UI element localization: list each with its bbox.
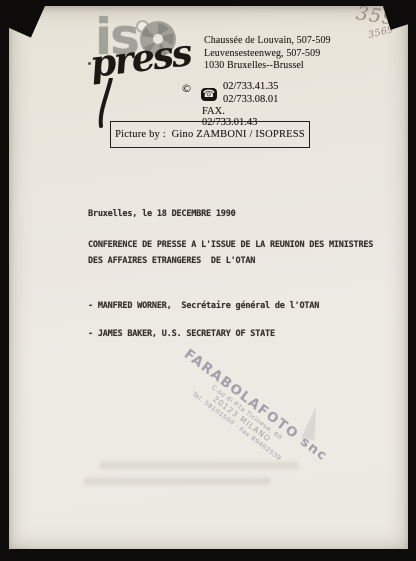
scan-corner-shadow: [9, 6, 47, 38]
ink-speck: [88, 62, 91, 65]
stamp-smudge: [301, 405, 323, 441]
headline-line1: CONFERENCE DE PRESSE A L'ISSUE DE LA REU…: [88, 240, 373, 250]
phone-numbers: 02/733.41.35 02/733.08.01: [223, 80, 278, 106]
telephone-icon: ☎: [201, 88, 217, 101]
list-item: - JAMES BAKER, U.S. SECRETARY OF STATE: [88, 329, 275, 339]
headline-line2: DES AFFAIRES ETRANGERES DE L'OTAN: [88, 256, 255, 266]
scanned-press-card: { "letterhead": { "logo": { "iso_text": …: [0, 0, 416, 561]
copyright-symbol: ©: [181, 82, 192, 95]
address-block: Chaussée de Louvain, 507-509 Leuvenseste…: [204, 35, 331, 73]
stamp-line: C.so di P.ta Ticinese, 60: [177, 358, 318, 467]
scan-frame: is press © Chaussée de Louvain, 507-509 …: [0, 0, 416, 561]
credit-label: Picture by : Gino ZAMBONI / ISOPRESS: [115, 129, 305, 140]
phone-number: 02/733.41.35: [223, 80, 278, 93]
phone-number: 02/733.08.01: [223, 93, 278, 106]
bleed-through-text: [85, 478, 270, 485]
address-line: Leuvensesteenweg, 507-509: [204, 48, 331, 61]
farabolafoto-stamp: FARABOLAFOTO snc C.so di P.ta Ticinese, …: [166, 347, 326, 481]
address-line: 1030 Bruxelles--Brussel: [204, 60, 331, 73]
bleed-through-text: [100, 462, 298, 469]
dateline: Bruxelles, le 18 DECEMBRE 1990: [88, 209, 236, 219]
credit-box: Picture by : Gino ZAMBONI / ISOPRESS: [110, 121, 310, 148]
list-item: - MANFRED WORNER, Secrétaire général de …: [88, 301, 319, 311]
stamp-line: 20123 MILANO: [171, 365, 312, 474]
address-line: Chaussée de Louvain, 507-509: [204, 35, 331, 48]
scanned-paper: is press © Chaussée de Louvain, 507-509 …: [9, 6, 408, 549]
